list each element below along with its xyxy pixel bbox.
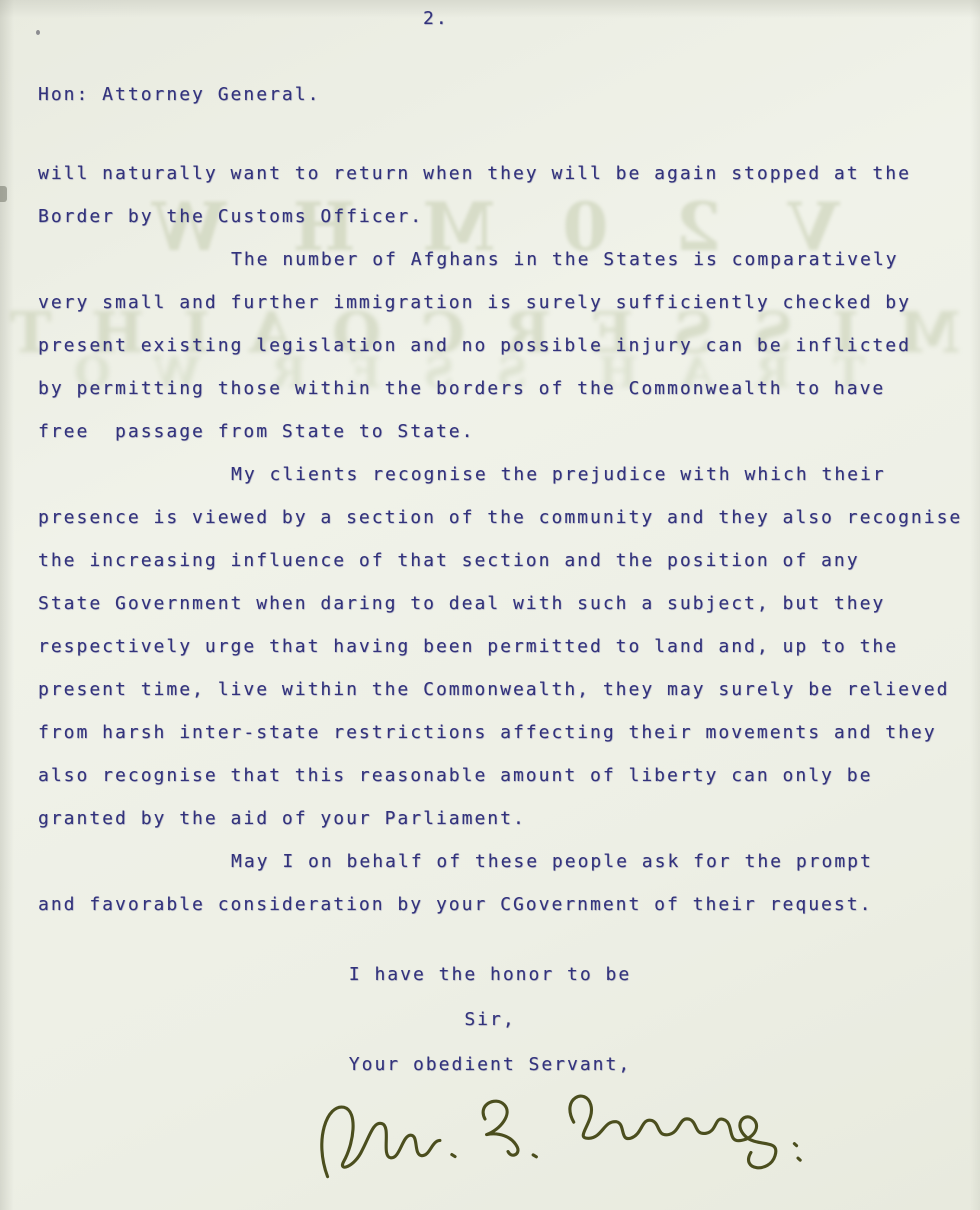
- closing-line: Your obedient Servant,: [0, 1042, 980, 1087]
- body-line: also recognise that this reasonable amou…: [38, 754, 980, 797]
- salutation: Hon: Attorney General.: [38, 84, 320, 105]
- handwritten-signature: Wm. R. Edwards: [310, 1076, 814, 1210]
- body-line: State Government when daring to deal wit…: [38, 582, 980, 625]
- body-line: presence is viewed by a section of the c…: [38, 496, 980, 539]
- closing-line: I have the honor to be: [0, 952, 980, 997]
- letter-closing: I have the honor to be Sir, Your obedien…: [0, 952, 980, 1087]
- closing-line: Sir,: [0, 997, 980, 1042]
- body-line: from harsh inter-state restrictions affe…: [38, 711, 980, 754]
- body-line: will naturally want to return when they …: [38, 152, 980, 195]
- body-line: free passage from State to State.: [38, 410, 980, 453]
- body-line paragraph-start: My clients recognise the prejudice with …: [38, 453, 980, 496]
- page-number: 2.: [423, 8, 449, 29]
- letter-body: will naturally want to return when they …: [38, 152, 980, 926]
- body-line: Border by the Customs Officer.: [38, 195, 980, 238]
- body-line: the increasing influence of that section…: [38, 539, 980, 582]
- body-line: respectively urge that having been permi…: [38, 625, 980, 668]
- body-line paragraph-start: May I on behalf of these people ask for …: [38, 840, 980, 883]
- scan-edge-shadow-top: [0, 0, 980, 18]
- scan-speck: [36, 30, 40, 35]
- scan-speck: [0, 186, 7, 202]
- body-line: present time, live within the Commonweal…: [38, 668, 980, 711]
- body-line: very small and further immigration is su…: [38, 281, 980, 324]
- body-line: and favorable consideration by your CGov…: [38, 883, 980, 926]
- body-line: granted by the aid of your Parliament.: [38, 797, 980, 840]
- body-line: present existing legislation and no poss…: [38, 324, 980, 367]
- body-line: by permitting those within the borders o…: [38, 367, 980, 410]
- body-line paragraph-start: The number of Afghans in the States is c…: [38, 238, 980, 281]
- signature-ink-strokes: [310, 1076, 814, 1210]
